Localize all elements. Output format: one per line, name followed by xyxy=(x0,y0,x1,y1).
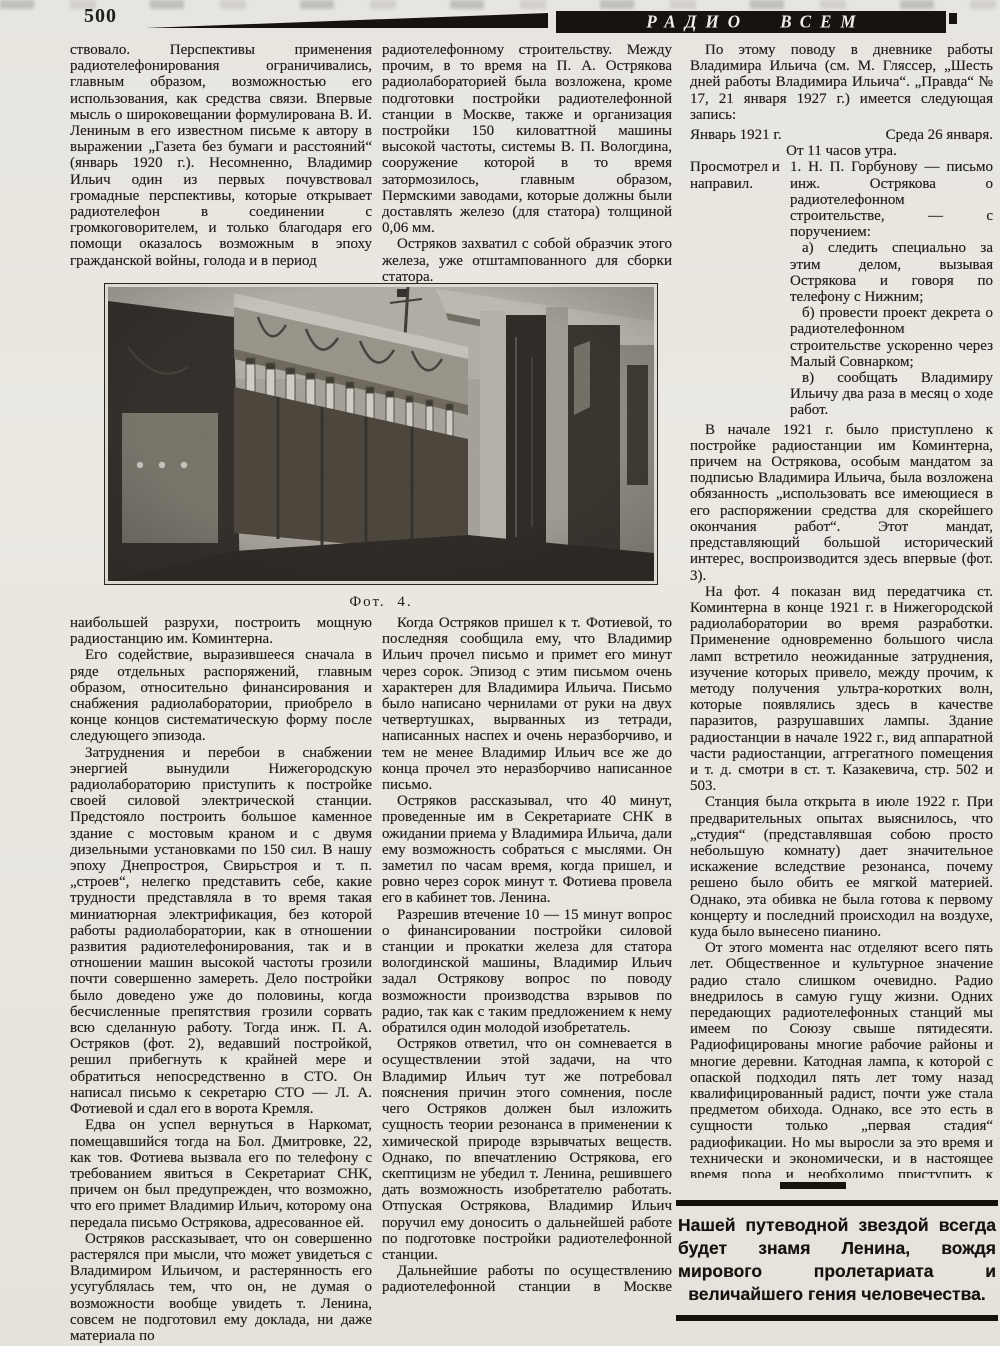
body-paragraph: Когда Остряков пришел к т. Фотиевой, то … xyxy=(382,615,672,793)
diary-date-left: Январь 1921 г. xyxy=(690,127,782,143)
masthead-end-tick xyxy=(949,13,957,24)
article-column-1-bottom: наибольшей разрухи, построить мощную рад… xyxy=(70,615,372,1344)
article-end-divider xyxy=(780,1182,846,1189)
body-paragraph: Едва он успел вернуться в Наркомат, поме… xyxy=(70,1117,372,1230)
body-paragraph: Остряков ответил, что он сомневается в о… xyxy=(382,1036,672,1263)
page-number: 500 xyxy=(84,5,117,28)
diary-item: б) провести проект декрета о радиотелефо… xyxy=(790,305,993,370)
slogan-bottom-rule xyxy=(676,1315,998,1321)
diary-item: а) следить специально за этим делом, выз… xyxy=(790,240,993,305)
slogan-box: Нашей путеводной звездой всегда будет зн… xyxy=(676,1200,998,1321)
photo-caption: Фот. 4. xyxy=(104,594,658,611)
body-paragraph: По этому поводу в дневнике работы Владим… xyxy=(690,42,993,123)
masthead-wedge-icon xyxy=(145,13,548,28)
body-paragraph: Остряков рассказывает, что он совершенно… xyxy=(70,1231,372,1344)
body-paragraph: На фот. 4 показан вид передатчика ст. Ко… xyxy=(690,584,993,795)
diary-date-line: Январь 1921 г. Среда 26 января. xyxy=(690,127,993,143)
slogan-text: Нашей путеводной звездой всегда будет зн… xyxy=(676,1206,998,1315)
body-paragraph: Остряков захватил с собой образчик этого… xyxy=(382,236,672,285)
body-paragraph: От этого момента нас отделяют всего пять… xyxy=(690,940,993,1178)
body-paragraph: Станция была открыта в июле 1922 г. При … xyxy=(690,794,993,940)
body-paragraph: Дальнейшие работы по осуществлению радио… xyxy=(382,1263,672,1295)
body-paragraph: Разрешив втечение 10 — 15 минут вопрос о… xyxy=(382,907,672,1037)
photo-illustration xyxy=(108,287,654,581)
body-paragraph: ствовало. Перспективы применения радиоте… xyxy=(70,42,372,269)
diary-items: 1. Н. П. Горбунову — письмо инж. Остряко… xyxy=(790,159,993,418)
diary-action-note: Просмотрел и направил. xyxy=(690,159,782,418)
diary-item: в) сообщать Владимиру Ильичу два раза в … xyxy=(790,370,993,419)
body-paragraph: Остряков рассказывал, что 40 минут, пров… xyxy=(382,793,672,906)
body-paragraph: радиотелефонному строительству. Между пр… xyxy=(382,42,672,236)
diary-date-right: Среда 26 января. xyxy=(886,127,993,143)
body-paragraph: В начале 1921 г. было приступлено к пост… xyxy=(690,422,993,584)
masthead-banner: РАДИО ВСЕМ xyxy=(556,11,946,32)
diary-entry: Просмотрел и направил. 1. Н. П. Горбунов… xyxy=(690,159,993,418)
article-column-2-top: радиотелефонному строительству. Между пр… xyxy=(382,42,672,285)
body-paragraph: наибольшей разрухи, построить мощную рад… xyxy=(70,615,372,647)
article-column-1-top: ствовало. Перспективы применения радиоте… xyxy=(70,42,372,269)
article-column-3: По этому поводу в дневнике работы Владим… xyxy=(690,42,993,1178)
masthead-title: РАДИО ВСЕМ xyxy=(637,11,864,33)
body-paragraph: Его содействие, выразившееся сначала в р… xyxy=(70,647,372,744)
photo-transmitter-hall xyxy=(104,283,658,585)
page-top-ink-bleed xyxy=(0,0,1000,9)
diary-item: 1. Н. П. Горбунову — письмо инж. Остряко… xyxy=(790,159,993,240)
diary-time: От 11 часов утра. xyxy=(690,143,993,159)
article-column-2-bottom: Когда Остряков пришел к т. Фотиевой, то … xyxy=(382,615,672,1295)
body-paragraph: Затруднения и перебои в снабжении энерги… xyxy=(70,745,372,1118)
